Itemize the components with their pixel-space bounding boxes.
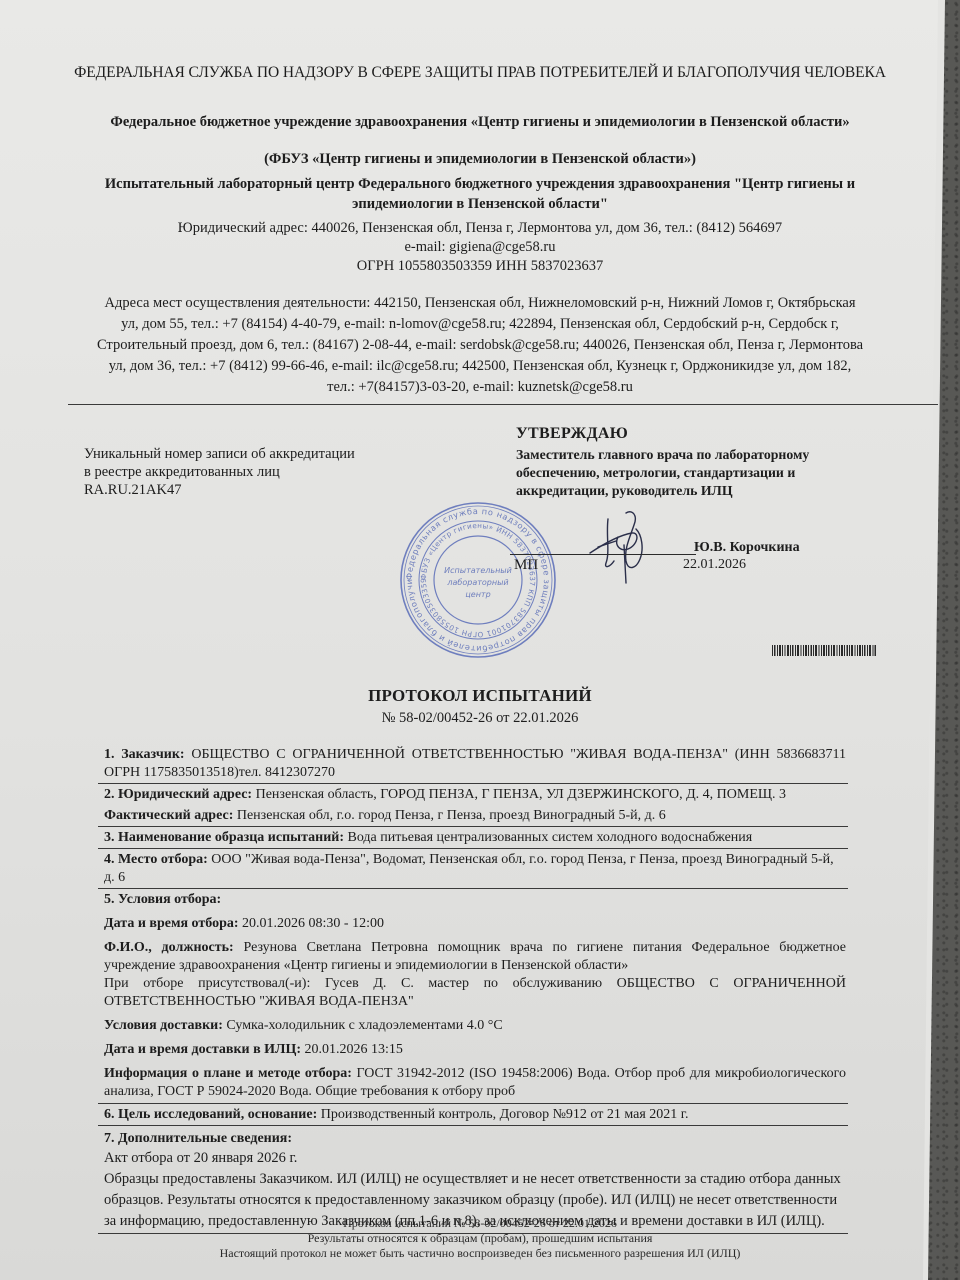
customer-value: ОБЩЕСТВО С ОГРАНИЧЕННОЙ ОТВЕТСТВЕННОСТЬЮ… bbox=[104, 747, 846, 780]
approver-role: Заместитель главного врача по лабораторн… bbox=[516, 446, 876, 500]
section-sampling-conditions: 5. Условия отбора: Дата и время отбора: … bbox=[98, 889, 848, 1104]
delivery-datetime-label: Дата и время доставки в ИЛЦ: bbox=[104, 1042, 301, 1057]
research-purpose-label: 6. Цель исследований, основание: bbox=[104, 1107, 317, 1122]
organization-short-name: (ФБУЗ «Центр гигиены и эпидемиологии в П… bbox=[80, 151, 880, 168]
sampling-attendees: При отборе присутствовал(-и): Гусев Д. С… bbox=[104, 975, 846, 1011]
barcode-icon bbox=[772, 645, 876, 656]
footer-results-note: Результаты относятся к образцам (пробам)… bbox=[200, 1231, 760, 1246]
delivery-datetime-value: 20.01.2026 13:15 bbox=[301, 1042, 403, 1057]
lab-center-name: Испытательный лабораторный центр Федерал… bbox=[80, 174, 880, 214]
signer-name: Ю.В. Корочкина bbox=[694, 540, 800, 556]
legal-address-block: Юридический адрес: 440026, Пензенская об… bbox=[60, 219, 900, 276]
legal-address-value: Пензенская область, ГОРОД ПЕНЗА, Г ПЕНЗА… bbox=[252, 787, 786, 802]
seal-place-label: МП bbox=[514, 557, 538, 574]
approval-title: УТВЕРЖДАЮ bbox=[516, 425, 628, 443]
customer-label: 1. Заказчик: bbox=[104, 747, 185, 762]
sampling-method-label: Информация о плане и методе отбора: bbox=[104, 1066, 352, 1081]
section-legal-address: 2. Юридический адрес: Пензенская область… bbox=[98, 784, 848, 805]
protocol-sections: 1. Заказчик: ОБЩЕСТВО С ОГРАНИЧЕННОЙ ОТВ… bbox=[98, 744, 848, 1234]
delivery-conditions-label: Условия доставки: bbox=[104, 1018, 223, 1033]
sampling-datetime-label: Дата и время отбора: bbox=[104, 916, 239, 931]
header-divider bbox=[68, 404, 938, 405]
sampling-datetime-value: 20.01.2026 08:30 - 12:00 bbox=[239, 916, 384, 931]
stamp-text-1: Испытательный bbox=[444, 566, 512, 575]
sampling-conditions-label: 5. Условия отбора: bbox=[104, 891, 846, 909]
signature-icon bbox=[580, 505, 660, 585]
section-research-purpose: 6. Цель исследований, основание: Произво… bbox=[98, 1104, 848, 1126]
delivery-conditions-value: Сумка-холодильник с хладоэлементами 4.0 … bbox=[223, 1018, 503, 1033]
footer-reproduction-note: Настоящий протокол не может быть частичн… bbox=[200, 1246, 760, 1261]
registration-numbers: ОГРН 1055803503359 ИНН 5837023637 bbox=[60, 257, 900, 276]
accreditation-line1: Уникальный номер записи об аккредитации bbox=[84, 445, 414, 463]
stamp-text-3: центр bbox=[465, 590, 490, 599]
accreditation-number: RA.RU.21AK47 bbox=[84, 481, 414, 499]
page-footer: Протокол испытаний № 58-02/00452-26 от 2… bbox=[200, 1216, 760, 1261]
sampler-person: Ф.И.О., должность: Резунова Светлана Пет… bbox=[104, 939, 846, 975]
activity-sites: Адреса мест осуществления деятельности: … bbox=[95, 293, 865, 398]
accreditation-block: Уникальный номер записи об аккредитации … bbox=[84, 445, 414, 499]
document-number: № 58-02/00452-26 от 22.01.2026 bbox=[80, 710, 880, 727]
actual-address-label: Фактический адрес: bbox=[104, 808, 233, 823]
sampling-place-label: 4. Место отбора: bbox=[104, 852, 208, 867]
document-title: ПРОТОКОЛ ИСПЫТАНИЙ bbox=[80, 686, 880, 706]
delivery-conditions: Условия доставки: Сумка-холодильник с хл… bbox=[104, 1017, 846, 1035]
document-page: ФЕДЕРАЛЬНАЯ СЛУЖБА ПО НАДЗОРУ В СФЕРЕ ЗА… bbox=[0, 0, 960, 1280]
sampling-place-value: ООО "Живая вода-Пенза", Водомат, Пензенс… bbox=[104, 852, 834, 885]
research-purpose-value: Производственный контроль, Договор №912 … bbox=[317, 1107, 688, 1122]
agency-name: ФЕДЕРАЛЬНАЯ СЛУЖБА ПО НАДЗОРУ В СФЕРЕ ЗА… bbox=[60, 62, 900, 84]
sampler-person-label: Ф.И.О., должность: bbox=[104, 940, 234, 955]
sampling-datetime: Дата и время отбора: 20.01.2026 08:30 - … bbox=[104, 915, 846, 933]
stamp-text-2: лабораторный bbox=[446, 578, 508, 587]
sampling-method: Информация о плане и методе отбора: ГОСТ… bbox=[104, 1065, 846, 1101]
additional-info-label: 7. Дополнительные сведения: bbox=[104, 1130, 846, 1148]
section-sampling-place: 4. Место отбора: ООО "Живая вода-Пенза",… bbox=[98, 849, 848, 889]
official-stamp-icon: Федеральная служба по надзору в сфере за… bbox=[399, 501, 557, 659]
sampling-act: Акт отбора от 20 января 2026 г. bbox=[104, 1148, 846, 1169]
sample-name-value: Вода питьевая централизованных систем хо… bbox=[344, 830, 752, 845]
actual-address-value: Пензенская обл, г.о. город Пенза, г Пенз… bbox=[233, 808, 665, 823]
signature-line bbox=[510, 554, 696, 555]
section-customer: 1. Заказчик: ОБЩЕСТВО С ОГРАНИЧЕННОЙ ОТВ… bbox=[98, 744, 848, 784]
footer-protocol-ref: Протокол испытаний № 58-02/00452-26 от 2… bbox=[200, 1216, 760, 1231]
legal-address: Юридический адрес: 440026, Пензенская об… bbox=[60, 219, 900, 238]
section-actual-address: Фактический адрес: Пензенская обл, г.о. … bbox=[98, 805, 848, 827]
sample-name-label: 3. Наименование образца испытаний: bbox=[104, 830, 344, 845]
section-sample-name: 3. Наименование образца испытаний: Вода … bbox=[98, 827, 848, 849]
delivery-datetime: Дата и время доставки в ИЛЦ: 20.01.2026 … bbox=[104, 1041, 846, 1059]
organization-name: Федеральное бюджетное учреждение здравоо… bbox=[80, 112, 880, 132]
accreditation-line2: в реестре аккредитованных лиц bbox=[84, 463, 414, 481]
organization-email: e-mail: gigiena@cge58.ru bbox=[60, 238, 900, 257]
approval-date: 22.01.2026 bbox=[683, 557, 746, 573]
legal-address-label: 2. Юридический адрес: bbox=[104, 787, 252, 802]
